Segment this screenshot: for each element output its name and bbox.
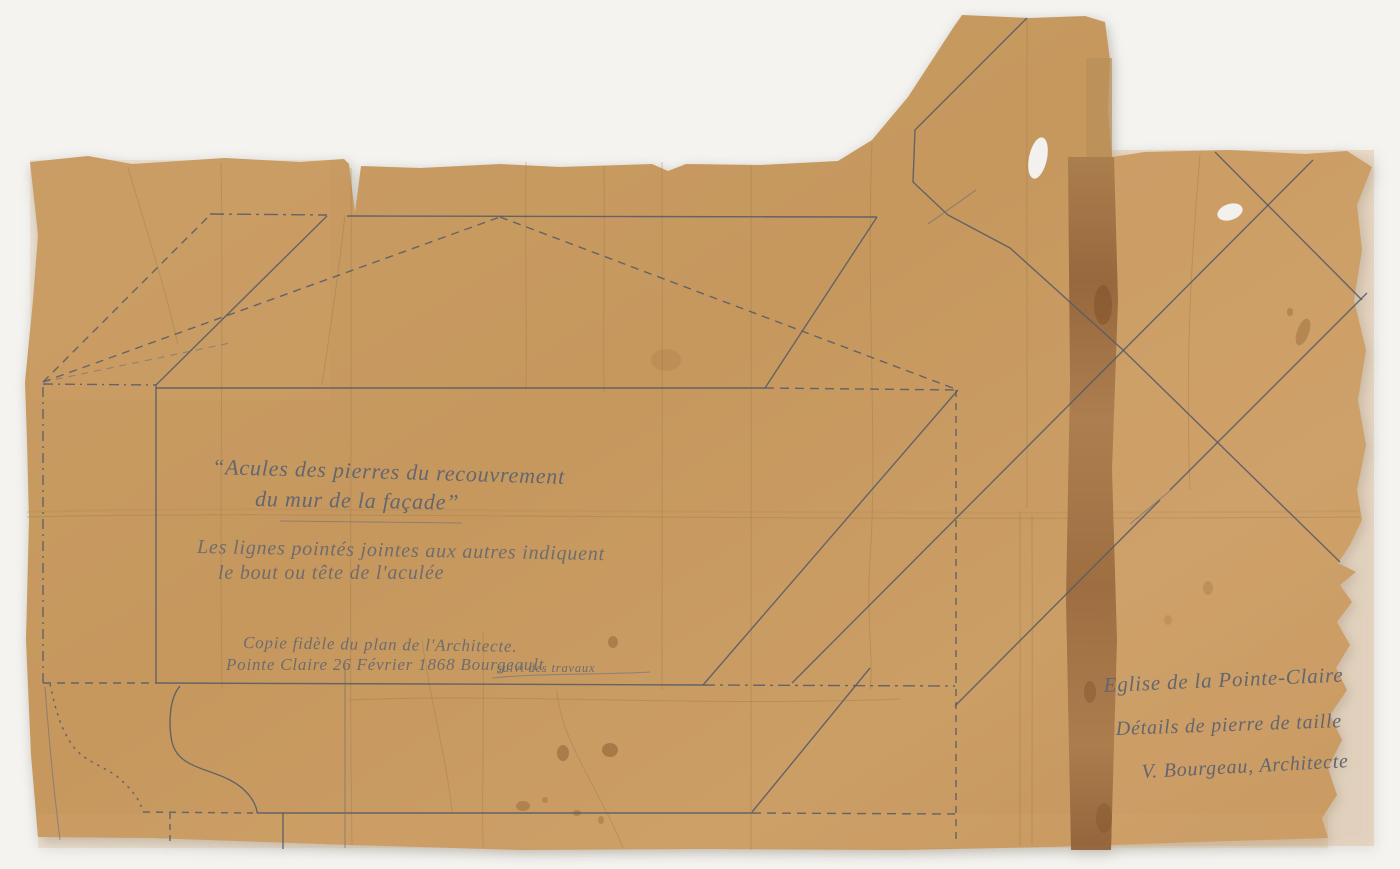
- archival-drawing-scan: “Acules des pierres du recouvrement du m…: [0, 0, 1400, 869]
- annotation-quote-line2: du mur de la façade”: [255, 486, 460, 515]
- drawing-canvas: “Acules des pierres du recouvrement du m…: [0, 0, 1400, 869]
- paper-topleft-tone: [30, 160, 330, 400]
- paper-right-tone: [1112, 150, 1374, 846]
- paper-bottom-tone: [38, 814, 1328, 848]
- base-dashed-left: [143, 812, 253, 813]
- tape-stain: [1066, 58, 1118, 850]
- annotation-copy-line1: Copie fidèle du plan de l'Architecte.: [243, 633, 518, 656]
- annotation-note-line2: le bout ou tête de l'aculée: [218, 562, 444, 584]
- annotation-copy-line3: suivi des travaux: [497, 661, 595, 675]
